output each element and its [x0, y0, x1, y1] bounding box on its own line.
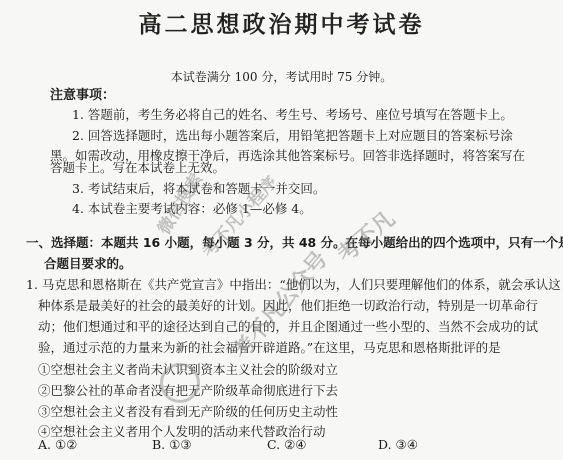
choice-a: A. ①② — [38, 437, 77, 452]
exam-page: 高二思想政治期中考试卷 本试卷满分 100 分，考试用时 75 分钟。 注意事项… — [0, 0, 563, 460]
notice-item-3: 3. 考试结束后，将本试卷和答题卡一并交回。 — [72, 181, 325, 197]
choice-d: D. ③④ — [378, 437, 418, 452]
question-1-stem-line-2: 种体系是最美好的社会的最美好的计划。因此，他们拒绝一切政治行动，特别是一切革命行 — [38, 298, 538, 314]
notice-item-2-cont2: 答题卡上。写在本试卷上无效。 — [50, 160, 225, 176]
question-1-stem-line-3: 动；他们想通过和平的途径达到自己的目的，并且企图通过一些小型的、当然不会成功的试 — [38, 319, 538, 335]
question-1-stem-line-1: 1. 马克思和恩格斯在《共产党宣言》中指出：“他们以为，人们只要理解他们的体系，… — [26, 277, 561, 293]
notice-item-1: 1. 答题前，考生务必将自己的姓名、考生号、考场号、座位号填写在答题卡上。 — [72, 107, 513, 123]
notice-item-4: 4. 本试卷主要考试内容：必修 1—必修 4。 — [72, 201, 312, 217]
page-title: 高二思想政治期中考试卷 — [0, 6, 563, 39]
choice-b: B. ①③ — [152, 437, 192, 452]
section-heading-cont: 合题目要求的。 — [44, 256, 132, 272]
notice-heading: 注意事项： — [50, 88, 115, 104]
section-heading: 一、选择题：本题共 16 小题，每小题 3 分，共 48 分。在每小题给出的四个… — [26, 235, 563, 251]
notice-item-2: 2. 回答选择题时，选出每小题答案后，用铅笔把答题卡上对应题目的答案标号涂 — [72, 128, 513, 144]
watermark-logo-icon — [160, 363, 200, 403]
exam-info: 本试卷满分 100 分，考试用时 75 分钟。 — [0, 69, 563, 85]
question-1-stem-line-4: 验，通过示范的力量来为新的社会福音开辟道路。”在这里，马克思和恩格斯批评的是 — [38, 340, 501, 356]
choice-c: C. ②④ — [267, 437, 306, 452]
statement-3: ③空想社会主义者没有看到无产阶级的任何历史主动性 — [38, 404, 338, 420]
